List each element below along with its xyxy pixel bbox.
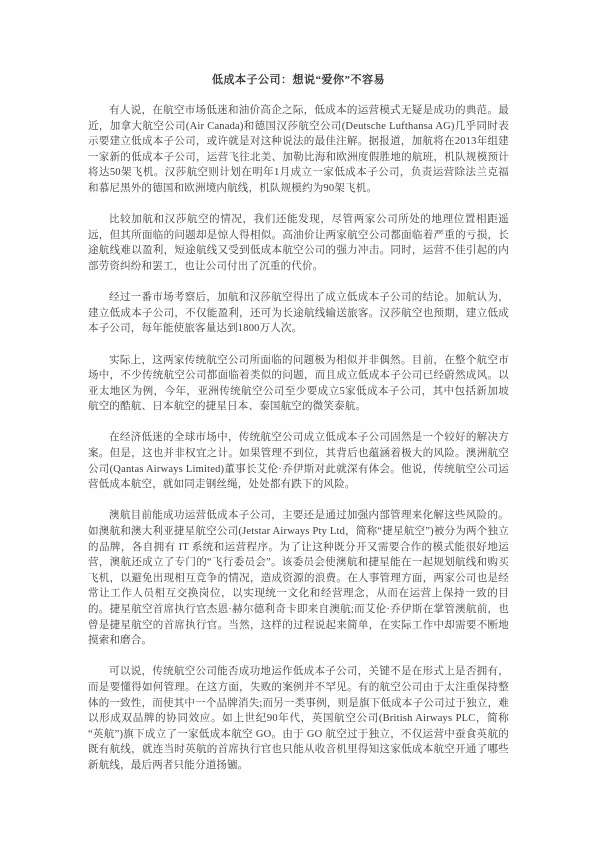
paragraph-comparison: 比较加航和汉莎航空的情况，我们还能发现，尽管两家公司所处的地理位置相距遥远，但其… xyxy=(88,212,509,274)
paragraph-risks: 在经济低迷的全球市场中，传统航空公司成立低成本子公司固然是一个较好的解决方案。但… xyxy=(88,430,509,492)
article-body: 有人说，在航空市场低迷和油价高企之际，低成本的运营模式无疑是成功的典范。最近，加… xyxy=(88,103,509,774)
paragraph-qantas-management: 澳航目前能成功运营低成本子公司，主要还是通过加强内部管理来化解这些风险的。如澳航… xyxy=(88,508,509,648)
paragraph-intro: 有人说，在航空市场低迷和油价高企之际，低成本的运营模式无疑是成功的典范。最近，加… xyxy=(88,103,509,197)
article-title: 低成本子公司：想说“爱你”不容易 xyxy=(88,72,509,88)
paragraph-industry-trend: 实际上，这两家传统航空公司所面临的问题极为相似并非偶然。目前，在整个航空市场中，… xyxy=(88,353,509,415)
article: 低成本子公司：想说“爱你”不容易 有人说，在航空市场低迷和油价高企之际，低成本的… xyxy=(88,72,509,774)
paragraph-conclusion-of-survey: 经过一番市场考察后，加航和汉莎航空得出了成立低成本子公司的结论。加航认为，建立低… xyxy=(88,290,509,337)
document-page: 低成本子公司：想说“爱你”不容易 有人说，在航空市场低迷和油价高企之际，低成本的… xyxy=(0,0,595,842)
paragraph-closing: 可以说，传统航空公司能否成功地运作低成本子公司，关键不是在形式上是否拥有，而是要… xyxy=(88,664,509,773)
